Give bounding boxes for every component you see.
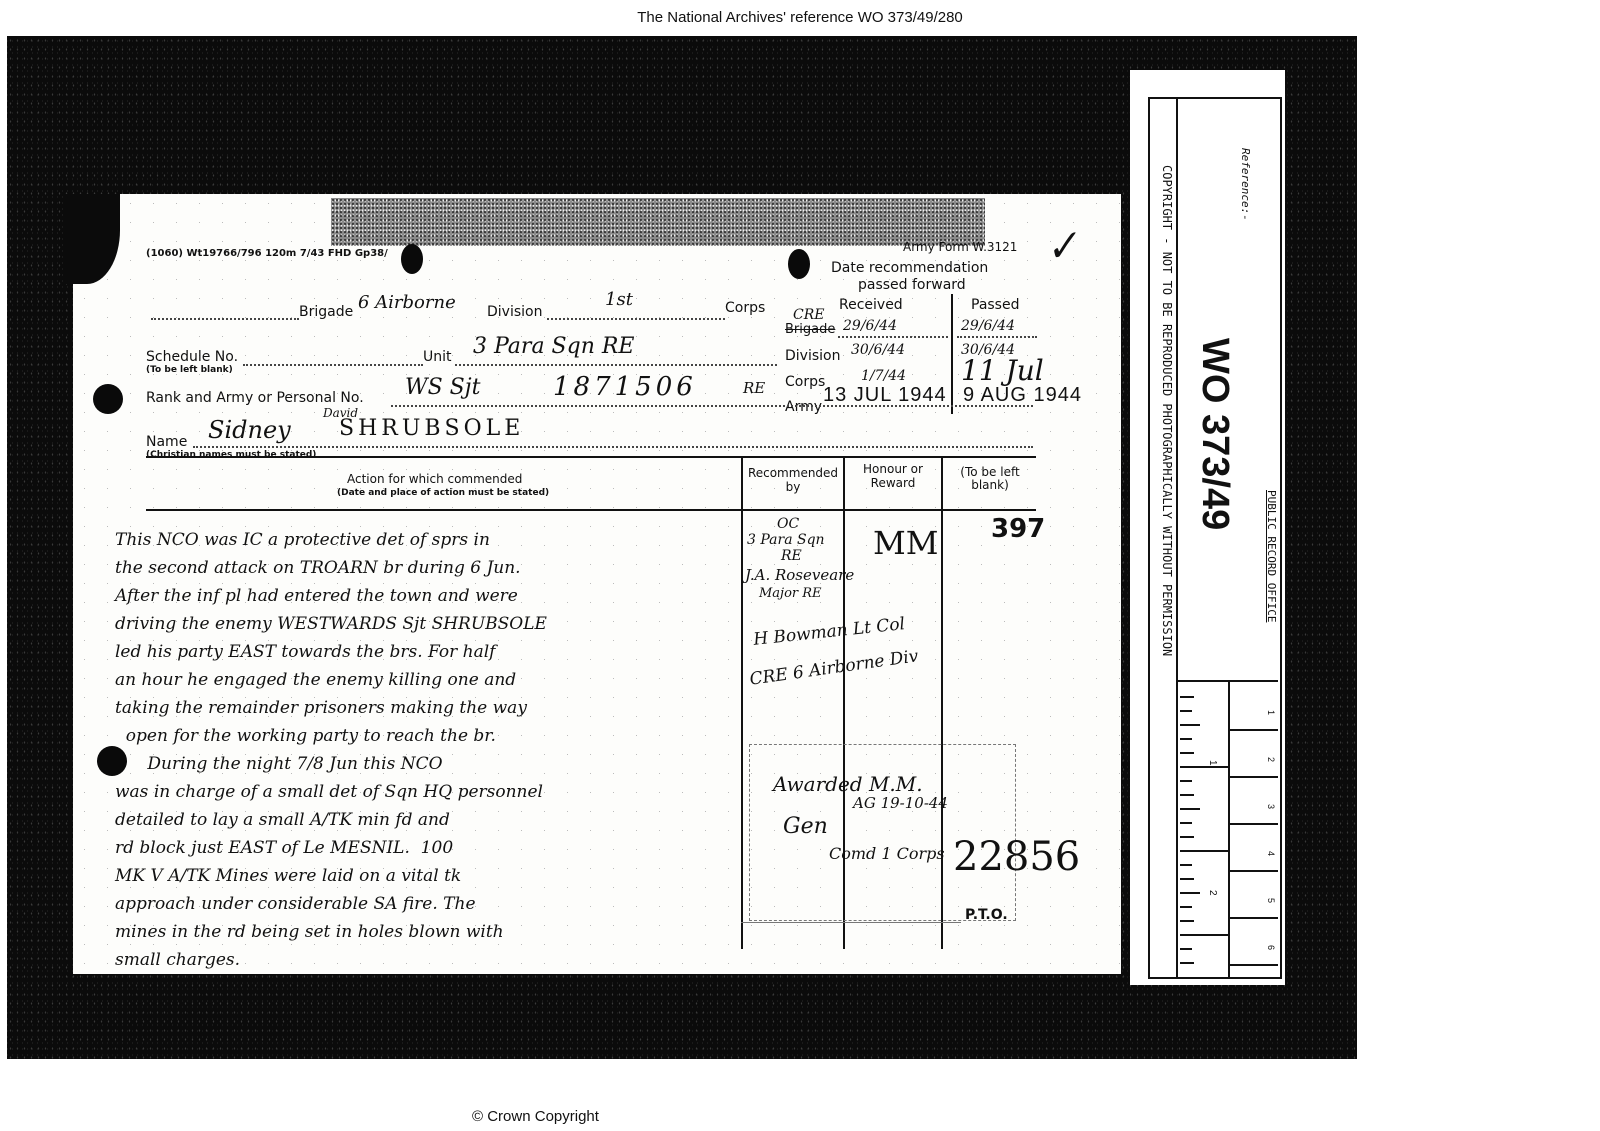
honour-value: MM	[873, 524, 939, 562]
name-surname: SHRUBSOLE	[339, 416, 524, 441]
recommended-by-signature-1: J.A. Roseveare	[745, 566, 854, 584]
dotted-line	[838, 336, 948, 338]
punch-hole-left-upper	[93, 384, 123, 414]
row-label-corps: Corps	[785, 374, 825, 390]
ruler-tick	[1180, 948, 1192, 950]
citation-line: approach under considerable SA fire. The	[115, 890, 755, 918]
ruler-cm-line	[1230, 776, 1278, 778]
brigade-value: 6 Airborne	[358, 292, 456, 313]
personal-number: 1871506	[553, 372, 697, 402]
ruler-tick	[1180, 906, 1192, 908]
citation-line: the second attack on TROARN br during 6 …	[115, 554, 755, 582]
ruler-tick	[1180, 878, 1194, 880]
citation-line: detailed to lay a small A/TK min fd and	[115, 806, 755, 834]
ruler-cm-line	[1230, 870, 1278, 872]
schedule-note: (To be left blank)	[146, 365, 233, 375]
army-form-w3121: (1060) Wt19766/796 120m 7/43 FHD Gp38/ A…	[73, 194, 1121, 974]
dotted-line	[455, 364, 777, 366]
ruler-cm-label: 5	[1266, 898, 1276, 903]
rank-value: WS Sjt	[405, 375, 480, 400]
division-label: Division	[487, 304, 542, 320]
division-received: 30/6/44	[851, 342, 905, 358]
footer-rule	[741, 922, 961, 923]
ruler-tick	[1180, 710, 1192, 712]
copyright-notice: COPYRIGHT - NOT TO BE REPRODUCED PHOTOGR…	[1160, 165, 1174, 656]
brigade-passed: 29/6/44	[961, 318, 1015, 334]
ruler-cm-label: 4	[1266, 851, 1276, 856]
unit-value: 3 Para Sqn RE	[473, 334, 635, 359]
header-honour: Honour or Reward	[847, 462, 939, 490]
ruler-tick	[1180, 780, 1192, 782]
army-passed-stamp: 9 AUG 1944	[963, 384, 1082, 407]
dotted-line	[957, 336, 1037, 338]
ruler-tick	[1180, 752, 1194, 754]
print-code: (1060) Wt19766/796 120m 7/43 FHD Gp38/	[146, 248, 388, 259]
corps-suffix: RE	[743, 379, 765, 397]
ruler-inch-label: 1	[1207, 760, 1218, 766]
citation-line: an hour he engaged the enemy killing one…	[115, 666, 755, 694]
ruler-inch-label: 2	[1207, 890, 1218, 896]
schedule-field	[243, 364, 423, 366]
archive-reference-header: The National Archives' reference WO 373/…	[0, 9, 1600, 26]
ruler-tick	[1180, 836, 1194, 838]
table-top-rule	[146, 456, 1036, 458]
ruler-tick	[1180, 822, 1192, 824]
ruler-cm-line	[1230, 729, 1278, 731]
header-blank: (To be left blank)	[945, 466, 1035, 492]
row-label-army: Army	[785, 399, 822, 415]
pto-label: P.T.O.	[965, 907, 1008, 923]
brigade-handwritten-cre: CRE	[793, 307, 824, 323]
brigade-received: 29/6/44	[843, 318, 897, 334]
ruler-tick-inch	[1180, 934, 1228, 936]
citation-line: taking the remainder prisoners making th…	[115, 694, 755, 722]
citation-line: mines in the rd being set in holes blown…	[115, 918, 755, 946]
rank-label: Rank and Army or Personal No.	[146, 390, 364, 406]
ruler-tick	[1180, 808, 1200, 810]
scale-ruler: 1 2 1 2 3 4 5 6	[1178, 680, 1278, 979]
col-received: Received	[839, 297, 903, 313]
unit-label: Unit	[423, 349, 452, 365]
blank-col-number: 397	[991, 514, 1045, 544]
punch-hole-top-right	[788, 249, 810, 279]
piece-reference: WO 373/49	[1193, 338, 1236, 530]
ruler-tick-inch	[1180, 850, 1228, 852]
punch-hole-top-left	[401, 244, 423, 274]
crown-copyright-footer: © Crown Copyright	[472, 1108, 599, 1125]
citation-line: rd block just EAST of Le MESNIL. 100	[115, 834, 755, 862]
scanned-document-background: (1060) Wt19766/796 120m 7/43 FHD Gp38/ A…	[7, 36, 1357, 1059]
citation-line: led his party EAST towards the brs. For …	[115, 638, 755, 666]
recommended-by-signature-2: H Bowman Lt Col	[752, 614, 906, 650]
dotted-line	[391, 405, 1033, 407]
brigade-label: Brigade	[299, 304, 353, 320]
ruler-tick	[1180, 724, 1200, 726]
ruler-cm-line	[1230, 917, 1278, 919]
ruler-tick	[1180, 892, 1200, 894]
name-note: (Christian names must be stated)	[146, 450, 316, 460]
citation-line: This NCO was IC a protective det of sprs…	[115, 526, 755, 554]
citation-line: During the night 7/8 Jun this NCO	[115, 750, 755, 778]
citation-line: After the inf pl had entered the town an…	[115, 582, 755, 610]
citation-text: This NCO was IC a protective det of sprs…	[115, 526, 755, 974]
citation-line: was in charge of a small det of Sqn HQ p…	[115, 778, 755, 806]
dotted-line	[193, 446, 1033, 448]
recommended-by-rank-1: Major RE	[759, 586, 822, 601]
form-id: Army Form W.3121	[903, 240, 1017, 254]
division-value: 1st	[605, 289, 633, 310]
citation-line: open for the working party to reach the …	[115, 722, 755, 750]
date-column-divider	[951, 294, 953, 414]
ruler-cm-label: 2	[1266, 757, 1276, 762]
corps-passed: 11 Jul	[961, 354, 1044, 387]
row-label-brigade: Brigade	[785, 322, 835, 337]
recommended-by-oc: OC	[777, 516, 799, 532]
corps-received: 1/7/44	[861, 368, 906, 384]
ruler-tick	[1180, 696, 1194, 698]
recommended-by-re: RE	[781, 548, 802, 564]
name-first: Sidney	[208, 416, 291, 444]
header-action: Action for which commended	[347, 472, 522, 486]
name-label: Name	[146, 434, 187, 450]
date-passed-title-1: Date recommendation	[831, 260, 988, 276]
ruler-divider	[1228, 682, 1230, 979]
ruler-tick	[1180, 738, 1192, 740]
redacted-strip	[331, 198, 985, 246]
corps-commander-title: Comd 1 Corps	[829, 844, 945, 863]
citation-line: small charges.	[115, 946, 755, 974]
file-number: 22856	[953, 834, 1080, 880]
table-header-rule	[146, 509, 1036, 511]
ruler-cm-label: 1	[1266, 710, 1276, 715]
ruler-cm-label: 6	[1266, 945, 1276, 950]
col-passed: Passed	[971, 297, 1019, 313]
army-received-stamp: 13 JUL 1944	[823, 384, 947, 407]
torn-corner	[65, 194, 120, 284]
corps-commander-signature: Gen	[783, 814, 828, 839]
header-action-note: (Date and place of action must be stated…	[337, 488, 549, 498]
row-label-division: Division	[785, 348, 840, 364]
checkmark-icon: ✓	[1041, 221, 1082, 272]
ruler-cm-label: 3	[1266, 804, 1276, 809]
reference-label: Reference:-	[1239, 148, 1252, 221]
date-passed-title-2: passed forward	[858, 277, 966, 293]
schedule-label: Schedule No.	[146, 349, 238, 365]
ruler-tick	[1180, 794, 1194, 796]
reference-card: COPYRIGHT - NOT TO BE REPRODUCED PHOTOGR…	[1130, 70, 1285, 985]
ruler-tick	[1180, 920, 1194, 922]
citation-line: MK V A/TK Mines were laid on a vital tk	[115, 862, 755, 890]
corps-label: Corps	[725, 300, 765, 316]
award-ref: AG 19-10-44	[853, 794, 948, 812]
ruler-tick	[1180, 864, 1192, 866]
ruler-tick-inch	[1180, 766, 1228, 768]
public-record-office: PUBLIC RECORD OFFICE	[1265, 490, 1278, 622]
recommended-by-unit: 3 Para Sqn	[747, 532, 825, 548]
ruler-cm-line	[1230, 823, 1278, 825]
recommended-by-appointment-2: CRE 6 Airborne Div	[748, 646, 919, 689]
ruler-cm-line	[1230, 964, 1278, 966]
ruler-tick	[1180, 962, 1194, 964]
citation-line: driving the enemy WESTWARDS Sjt SHRUBSOL…	[115, 610, 755, 638]
dotted-line	[151, 318, 299, 320]
dotted-line	[547, 318, 725, 320]
award-note: Awarded M.M.	[773, 772, 923, 796]
header-recommended-by: Recommended by	[745, 466, 841, 494]
